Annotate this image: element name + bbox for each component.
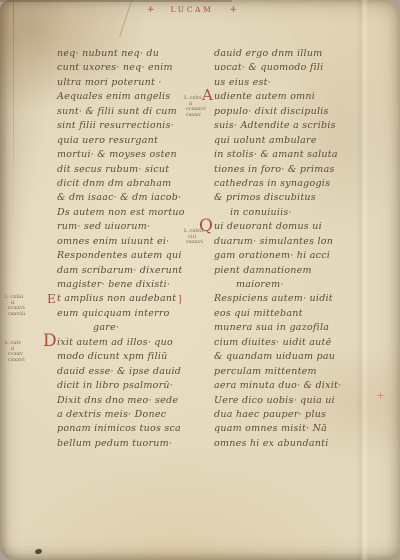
line-text: populo· dixit discipulis <box>214 106 329 117</box>
paragraph-mark: ] <box>178 293 182 307</box>
margin-cross-mark: + <box>376 390 385 401</box>
text-line: tiones in foro· & primas <box>214 163 360 177</box>
text-line: & quandam uiduam pau <box>214 350 360 364</box>
text-line: eos qui mittebant <box>214 307 360 321</box>
text-line: Qui deuorant domus ui <box>214 220 360 234</box>
eusebian-note-1: L cxliiiiiccxxvicxxviii <box>5 295 25 318</box>
cross-icon: + <box>147 5 155 15</box>
text-line: Ds autem non est mortuo <box>57 206 190 220</box>
text-line: omnes hi ex abundanti <box>214 437 360 451</box>
text-line: mortui· & moyses osten <box>57 148 190 162</box>
initial-letter: D <box>43 334 57 348</box>
text-line: munera sua in gazofila <box>214 321 360 335</box>
text-line: dam scribarum· dixerunt <box>57 264 190 278</box>
text-line: dauid ergo dnm illum <box>214 47 360 61</box>
text-line: gare· <box>57 321 190 335</box>
text-line: a dextris meis· Donec <box>57 408 190 422</box>
text-column-left: neq· nubunt neq· ducunt uxores· neq· eni… <box>57 47 190 451</box>
line-text: ui deuorant domus ui <box>214 221 322 232</box>
text-line: & dm isaac· & dm iacob· <box>57 191 190 205</box>
line-text: omnes enim uiuunt ei· <box>57 236 169 247</box>
line-text: Ds autem non est mortuo <box>57 207 185 218</box>
text-line: perculam mittentem <box>214 365 360 379</box>
text-line: quia uero resurgant <box>57 134 190 148</box>
text-line: cunt uxores· neq· enim <box>57 61 190 75</box>
line-text: & quandam uiduam pau <box>214 351 335 362</box>
line-text: gam orationem· hi acci <box>214 250 330 261</box>
text-line: dit secus rubum· sicut <box>57 163 190 177</box>
text-line: Aequales enim angelis <box>57 90 190 104</box>
text-line: rum· sed uiuorum· <box>57 220 190 234</box>
text-line: sint filii resurrectionis· <box>57 119 190 133</box>
line-text: dua haec pauper· plus <box>214 409 326 420</box>
page-left-edge <box>13 0 14 230</box>
line-text: uocat· & quomodo fili <box>214 62 324 73</box>
line-text: munera sua in gazofila <box>214 322 329 333</box>
line-text: suis· Adtendite a scribis <box>214 120 336 131</box>
text-line: in stolis· & amant saluta <box>214 148 360 162</box>
running-title: + LUCAM + <box>147 5 237 15</box>
note-row: cxxxvi <box>184 240 204 246</box>
line-text: aera minuta duo· & dixit· <box>214 380 341 391</box>
line-text: ixit autem ad illos· quo <box>57 337 173 348</box>
line-text: mortui· & moyses osten <box>57 149 177 160</box>
text-line: us eius est· <box>214 76 360 90</box>
line-text: eum quicquam interro <box>57 308 170 319</box>
text-line: Dixit autem ad illos· quo <box>57 336 190 350</box>
text-line: dicit dnm dm abraham <box>57 177 190 191</box>
line-text: & dm isaac· & dm iacob· <box>57 192 181 203</box>
line-text: & primos discubitus <box>214 192 316 203</box>
line-text: bellum pedum tuorum· <box>57 438 172 449</box>
line-text: t amplius non audebant <box>57 293 176 304</box>
text-line: maiorem· <box>214 278 360 292</box>
text-line: Respondentes autem qui <box>57 249 190 263</box>
line-text: tiones in foro· & primas <box>214 164 335 175</box>
line-text: sunt· & filii sunt di cum <box>57 106 177 117</box>
line-text: Respondentes autem qui <box>57 250 182 261</box>
line-text: modo dicunt xpm filiū <box>57 351 168 362</box>
line-text: qui uolunt ambulare <box>214 135 317 146</box>
eusebian-note-3: L cxlviiiccxxxvicxxxv <box>184 96 206 119</box>
text-line: suis· Adtendite a scribis <box>214 119 360 133</box>
line-text: dit secus rubum· sicut <box>57 164 169 175</box>
line-text: dauid esse· & ipse dauid <box>57 366 181 377</box>
line-text: dam scribarum· dixerunt <box>57 265 182 276</box>
line-text: Respiciens autem· uidit <box>214 293 333 304</box>
text-line: & primos discubitus <box>214 191 360 205</box>
running-title-text: LUCAM <box>171 5 214 15</box>
text-line: omnes enim uiuunt ei· <box>57 235 190 249</box>
line-text: cathedras in synagogis <box>214 178 330 189</box>
cross-icon: + <box>229 5 237 15</box>
text-line: modo dicunt xpm filiū <box>57 350 190 364</box>
note-row: cxxxvi <box>5 358 25 364</box>
text-line: cium diuites· uidit autē <box>214 336 360 350</box>
text-line: ponam inimicos tuos sca <box>57 422 190 436</box>
text-line: qui uolunt ambulare <box>214 134 360 148</box>
line-text: a dextris meis· Donec <box>57 409 166 420</box>
line-text: duarum· simulantes lon <box>214 236 333 247</box>
line-text: quia uero resurgant <box>57 135 158 146</box>
text-line: eum quicquam interro <box>57 307 190 321</box>
text-line: sunt· & filii sunt di cum <box>57 105 190 119</box>
line-text: dicit dnm dm abraham <box>57 178 171 189</box>
text-line: dicit in libro psalmorū· <box>57 379 190 393</box>
line-text: rum· sed uiuorum· <box>57 221 150 232</box>
text-line: populo· dixit discipulis <box>214 105 360 119</box>
text-column-right: dauid ergo dnm illumuocat· & quomodo fil… <box>214 47 360 451</box>
line-text: pient damnationem <box>214 265 312 276</box>
line-text: gare· <box>93 322 119 333</box>
line-text: Aequales enim angelis <box>57 91 170 102</box>
note-row: cxxxv <box>184 113 206 119</box>
text-line: dua haec pauper· plus <box>214 408 360 422</box>
note-row: L cxliii <box>5 295 25 301</box>
text-line: quam omnes misit· Nā <box>214 422 360 436</box>
text-line: dauid esse· & ipse dauid <box>57 365 190 379</box>
line-text: in conuiuiis· <box>230 207 292 218</box>
manuscript-photo: + LUCAM + neq· nubunt neq· ducunt uxores… <box>0 0 400 560</box>
line-text: magister· bene dixisti· <box>57 279 170 290</box>
text-line: neq· nubunt neq· du <box>57 47 190 61</box>
text-line: Dixit dns dno meo· sede <box>57 394 190 408</box>
text-line: magister· bene dixisti· <box>57 278 190 292</box>
text-line: pient damnationem <box>214 264 360 278</box>
line-text: ponam inimicos tuos sca <box>57 423 181 434</box>
line-text: Uere dico uobis· quia ui <box>214 395 335 406</box>
text-line: uocat· & quomodo fili <box>214 61 360 75</box>
line-text: omnes hi ex abundanti <box>214 438 329 449</box>
text-line: gam orationem· hi acci <box>214 249 360 263</box>
page-top-edge <box>0 0 232 2</box>
line-text: cium diuites· uidit autē <box>214 337 331 348</box>
line-text: dauid ergo dnm illum <box>214 48 322 59</box>
text-line: cathedras in synagogis <box>214 177 360 191</box>
text-line: Uere dico uobis· quia ui <box>214 394 360 408</box>
note-row: cxxviii <box>5 312 25 318</box>
line-text: quam omnes misit· Nā <box>214 423 327 434</box>
text-line: Et amplius non audebant] <box>57 292 190 306</box>
text-line: Audiente autem omni <box>214 90 360 104</box>
line-text: dicit in libro psalmorū· <box>57 380 173 391</box>
initial-letter: E <box>47 292 56 306</box>
line-text: udiente autem omni <box>214 91 315 102</box>
text-line: aera minuta duo· & dixit· <box>214 379 360 393</box>
line-text: us eius est· <box>214 77 271 88</box>
line-text: sint filii resurrectionis· <box>57 120 174 131</box>
line-text: in stolis· & amant saluta <box>214 149 338 160</box>
line-text: perculam mittentem <box>214 366 317 377</box>
line-text: neq· nubunt neq· du <box>57 48 159 59</box>
text-line: Respiciens autem· uidit <box>214 292 360 306</box>
line-text: cunt uxores· neq· enim <box>57 62 173 73</box>
line-text: ultra mori poterunt · <box>57 77 162 88</box>
text-line: in conuiuiis· <box>214 206 360 220</box>
text-line: bellum pedum tuorum· <box>57 437 190 451</box>
line-text: eos qui mittebant <box>214 308 303 319</box>
line-text: maiorem· <box>236 279 284 290</box>
eusebian-note-4: L cxlviiviiicxxxvi <box>184 229 204 246</box>
text-line: duarum· simulantes lon <box>214 235 360 249</box>
text-line: ultra mori poterunt · <box>57 76 190 90</box>
eusebian-note-2: L cxlviiccxxvcxxxvi <box>5 341 25 364</box>
line-text: Dixit dns dno meo· sede <box>57 395 178 406</box>
